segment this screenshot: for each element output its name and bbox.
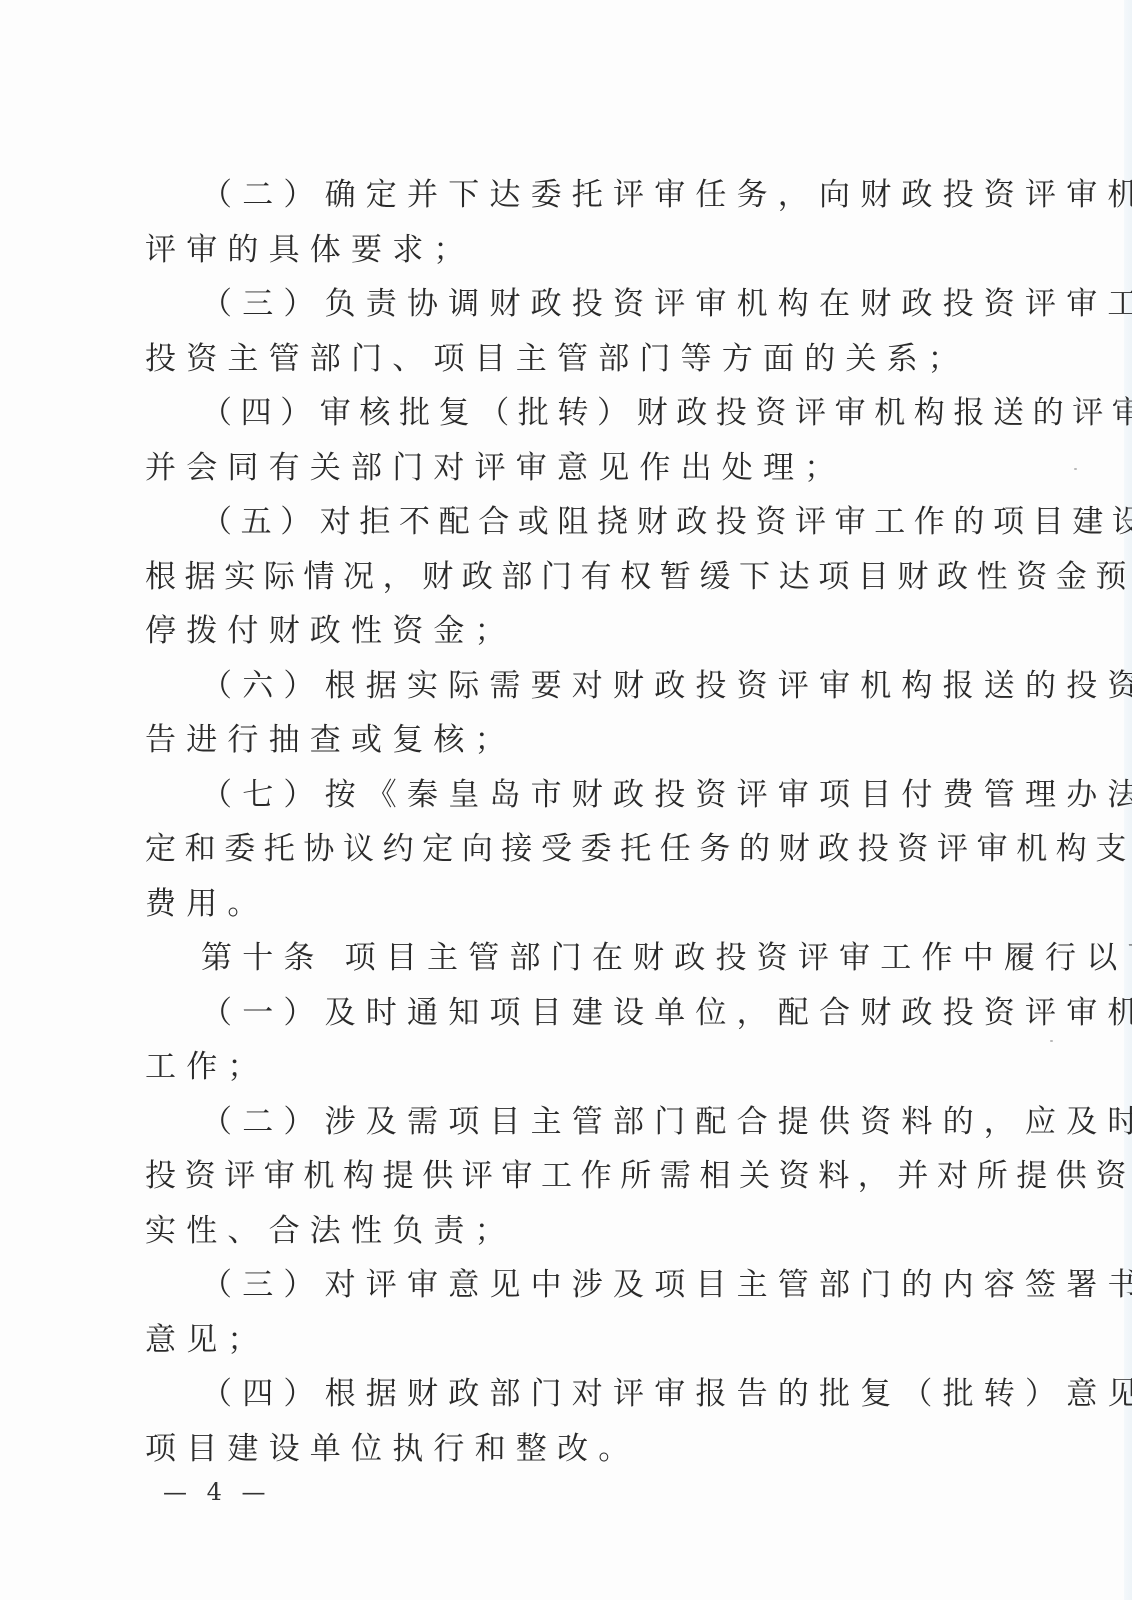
text-line: 评审的具体要求； [145,223,990,278]
text-line: （二）确定并下达委托评审任务，向财政投资评审机构提出 [145,168,990,223]
text-line: 工作； [145,1040,990,1095]
text-line: （四）根据财政部门对评审报告的批复（批转）意见，督促 [145,1367,990,1422]
text-line: （一）及时通知项目建设单位，配合财政投资评审机构开展 [145,986,990,1041]
scan-speck [1050,1040,1053,1042]
text-line: 告进行抽查或复核； [145,713,990,768]
text-line: 项目建设单位执行和整改。 [145,1422,990,1477]
document-page: （二）确定并下达委托评审任务，向财政投资评审机构提出 评审的具体要求； （三）负… [0,0,1132,1600]
page-number: — 4 — [163,1478,272,1506]
text-line: 投资主管部门、项目主管部门等方面的关系； [145,332,990,387]
text-line: （六）根据实际需要对财政投资评审机构报送的投资评审报 [145,659,990,714]
text-line: 并会同有关部门对评审意见作出处理； [145,441,990,496]
document-body: （二）确定并下达委托评审任务，向财政投资评审机构提出 评审的具体要求； （三）负… [145,168,990,1476]
text-line: （五）对拒不配合或阻挠财政投资评审工作的项目建设单位， [145,495,990,550]
text-line: （二）涉及需项目主管部门配合提供资料的，应及时向财政 [145,1095,990,1150]
text-line: 根据实际情况，财政部门有权暂缓下达项目财政性资金预算或暂 [145,550,990,605]
text-line: （七）按《秦皇岛市财政投资评审项目付费管理办法》的规 [145,768,990,823]
text-line: （三）对评审意见中涉及项目主管部门的内容签署书面反馈 [145,1258,990,1313]
article-heading-line: 第十条 项目主管部门在财政投资评审工作中履行以下职责： [145,931,990,986]
text-line: （三）负责协调财政投资评审机构在财政投资评审工作中与 [145,277,990,332]
scan-speck [1076,404,1079,406]
text-line: 停拨付财政性资金； [145,604,990,659]
scan-speck [1074,468,1077,470]
text-line: 实性、合法性负责； [145,1204,990,1259]
text-line: 意见； [145,1313,990,1368]
text-line: 投资评审机构提供评审工作所需相关资料，并对所提供资料的真 [145,1149,990,1204]
text-line: （四）审核批复（批转）财政投资评审机构报送的评审报告， [145,386,990,441]
text-line: 定和委托协议约定向接受委托任务的财政投资评审机构支付评审 [145,822,990,877]
text-line: 费用。 [145,877,990,932]
